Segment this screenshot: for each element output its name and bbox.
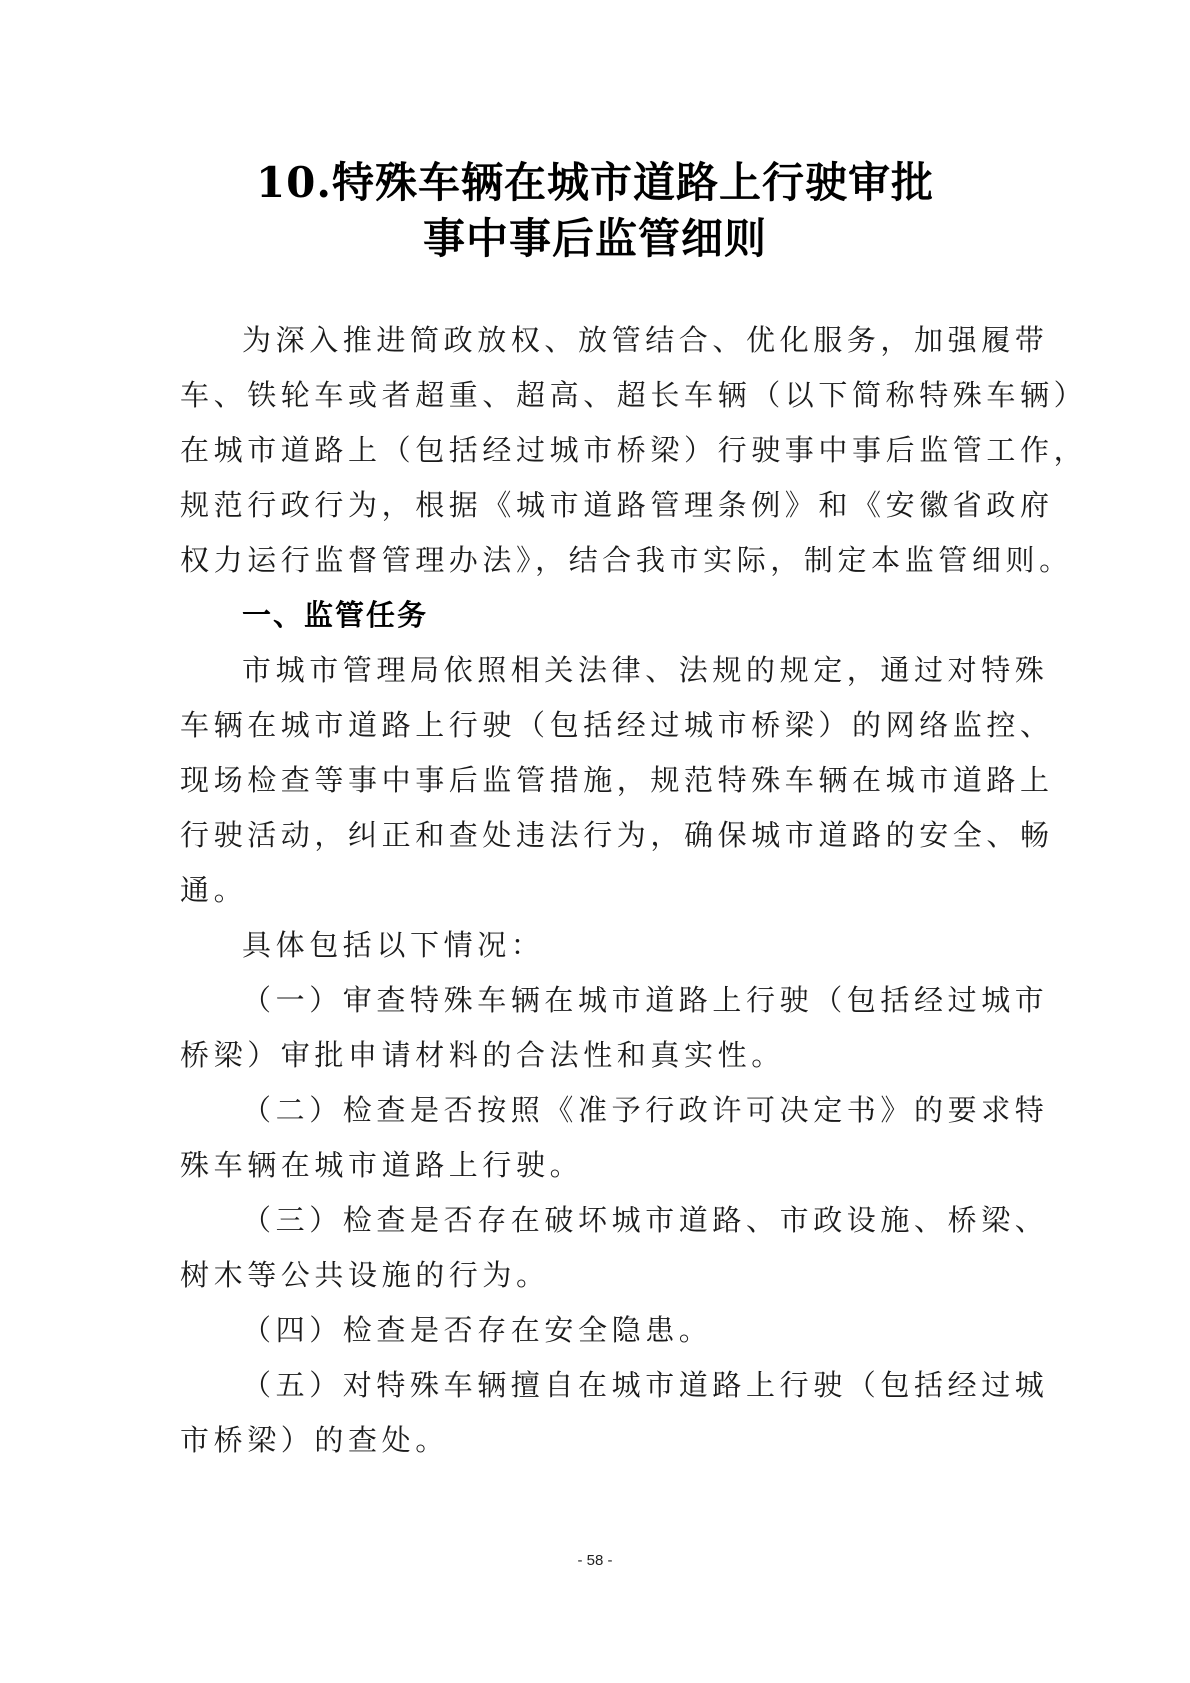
body-text-line: 行驶活动，纠正和查处违法行为，确保城市道路的安全、畅 [180,815,1010,855]
body-text-line: （一）审查特殊车辆在城市道路上行驶（包括经过城市 [242,980,1072,1020]
body-text-line: 市城市管理局依照相关法律、法规的规定，通过对特殊 [242,650,1072,690]
body-text-line: 车、铁轮车或者超重、超高、超长车辆（以下简称特殊车辆） [180,375,1010,415]
body-text-line: 规范行政行为，根据《城市道路管理条例》和《安徽省政府 [180,485,1010,525]
body-text-line: 权力运行监督管理办法》，结合我市实际，制定本监管细则。 [180,540,1010,580]
body-text-line: （四）检查是否存在安全隐患。 [242,1310,1072,1350]
body-text-line: 车辆在城市道路上行驶（包括经过城市桥梁）的网络监控、 [180,705,1010,745]
body-text-line: （三）检查是否存在破坏城市道路、市政设施、桥梁、 [242,1200,1072,1240]
body-text-line: 具体包括以下情况： [242,925,1072,965]
body-text-line: 树木等公共设施的行为。 [180,1255,1010,1295]
body-text-line: 通。 [180,870,1010,910]
document-page: 10.特殊车辆在城市道路上行驶审批 事中事后监管细则 为深入推进简政放权、放管结… [0,0,1190,1683]
body-text-line: 在城市道路上（包括经过城市桥梁）行驶事中事后监管工作， [180,430,1010,470]
body-text-line: 为深入推进简政放权、放管结合、优化服务，加强履带 [242,320,1072,360]
body-text-line: 市桥梁）的查处。 [180,1420,1010,1460]
body-text-line: 现场检查等事中事后监管措施，规范特殊车辆在城市道路上 [180,760,1010,800]
document-title-line-1: 10.特殊车辆在城市道路上行驶审批 [0,150,1190,210]
body-text-line: （五）对特殊车辆擅自在城市道路上行驶（包括经过城 [242,1365,1072,1405]
document-title-line-2: 事中事后监管细则 [0,206,1190,266]
body-text-line: 桥梁）审批申请材料的合法性和真实性。 [180,1035,1010,1075]
section-heading: 一、监管任务 [242,595,1072,635]
body-text-line: 殊车辆在城市道路上行驶。 [180,1145,1010,1185]
body-text-line: （二）检查是否按照《准予行政许可决定书》的要求特 [242,1090,1072,1130]
page-number: - 58 - [0,1552,1190,1569]
